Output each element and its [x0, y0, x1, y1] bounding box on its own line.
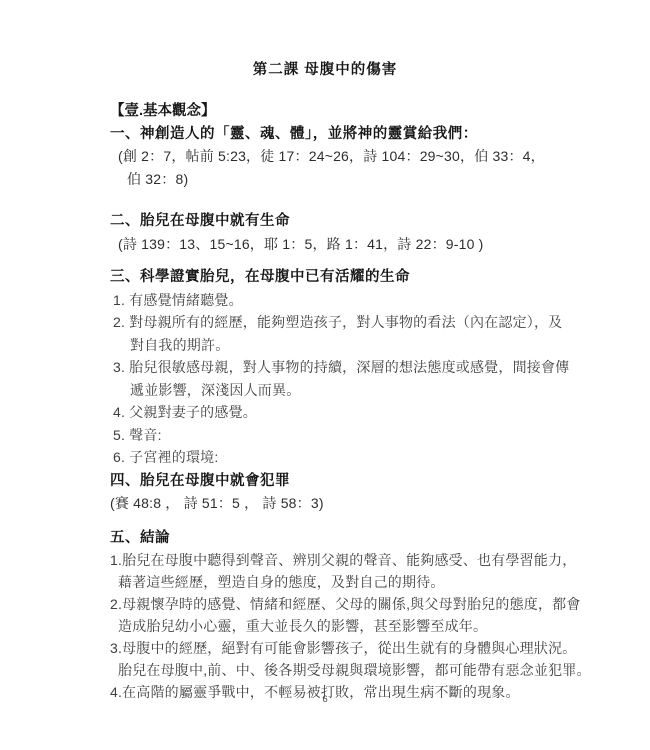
- part-heading: 【壹.基本觀念】: [110, 100, 554, 123]
- list-item: 3.母腹中的經歷，絕對有可能會影響孩子，從出生就有的身體與心理狀況。: [110, 637, 554, 659]
- scripture-reference: (創 2：7，帖前 5:23，徒 17：24~26，詩 104：29~30，伯 …: [110, 145, 554, 168]
- scripture-reference: (賽 48:8 ， 詩 51：5 ， 詩 58：3): [110, 492, 554, 515]
- document-content: 【壹.基本觀念】 一、神創造人的「靈、魂、體」，並將神的靈賞給我們： (創 2：…: [0, 100, 650, 703]
- scripture-reference: (詩 139：13、15~16，耶 1：5，路 1：41，詩 22：9-10 ): [110, 233, 554, 256]
- section-5-heading: 五、結論: [110, 527, 554, 550]
- section-2-heading: 二、胎兒在母腹中就有生命: [110, 210, 554, 233]
- section-5: 五、結論 1.胎兒在母腹中聽得到聲音、辨別父親的聲音、能夠感受、也有學習能力， …: [110, 527, 554, 704]
- list-item-continuation: 胎兒在母腹中,前、中、後各期受母親與環境影響，都可能帶有惡念並犯罪。: [110, 659, 554, 681]
- section-3-heading: 三、科學證實胎兒，在母腹中已有活耀的生命: [110, 266, 554, 289]
- page-title: 第二課 母腹中的傷害: [0, 0, 650, 80]
- list-item: 3. 胎兒很敏感母親，對人事物的持續，深層的想法態度或感覺，間接會傳: [110, 356, 554, 379]
- section-3: 三、科學證實胎兒，在母腹中已有活耀的生命 1. 有感覺情緒聽覺。 2. 對母親所…: [110, 266, 554, 469]
- list-item: 5. 聲音:: [110, 424, 554, 447]
- document-page: 第二課 母腹中的傷害 【壹.基本觀念】 一、神創造人的「靈、魂、體」，並將神的靈…: [0, 0, 650, 750]
- list-item-continuation: 造成胎兒幼小心靈，重大並長久的影響，甚至影響至成年。: [110, 615, 554, 637]
- list-item: 1. 有感覺情緒聽覺。: [110, 289, 554, 312]
- page-number: 6: [0, 694, 650, 705]
- scripture-reference: 伯 32：8): [110, 168, 554, 191]
- list-item-continuation: 藉著這些經歷，塑造自身的態度，及對自己的期待。: [110, 571, 554, 593]
- list-item: 1.胎兒在母腹中聽得到聲音、辨別父親的聲音、能夠感受、也有學習能力，: [110, 549, 554, 571]
- list-item: 4. 父親對妻子的感覺。: [110, 401, 554, 424]
- section-1-heading: 一、神創造人的「靈、魂、體」，並將神的靈賞給我們：: [110, 123, 554, 146]
- section-4: 四、胎兒在母腹中就會犯罪 (賽 48:8 ， 詩 51：5 ， 詩 58：3): [110, 470, 554, 515]
- section-1: 一、神創造人的「靈、魂、體」，並將神的靈賞給我們： (創 2：7，帖前 5:23…: [110, 123, 554, 191]
- list-item: 2. 對母親所有的經歷，能夠塑造孩子，對人事物的看法（內在認定），及: [110, 311, 554, 334]
- list-item: 6. 子宮裡的環境:: [110, 446, 554, 469]
- list-item-continuation: 遞並影響，深淺因人而異。: [110, 379, 554, 402]
- list-item: 2.母親懷孕時的感覺、情緒和經歷、父母的關係,與父母對胎兒的態度，都會: [110, 593, 554, 615]
- section-2: 二、胎兒在母腹中就有生命 (詩 139：13、15~16，耶 1：5，路 1：4…: [110, 210, 554, 255]
- section-4-heading: 四、胎兒在母腹中就會犯罪: [110, 470, 554, 493]
- list-item-continuation: 對自我的期許。: [110, 334, 554, 357]
